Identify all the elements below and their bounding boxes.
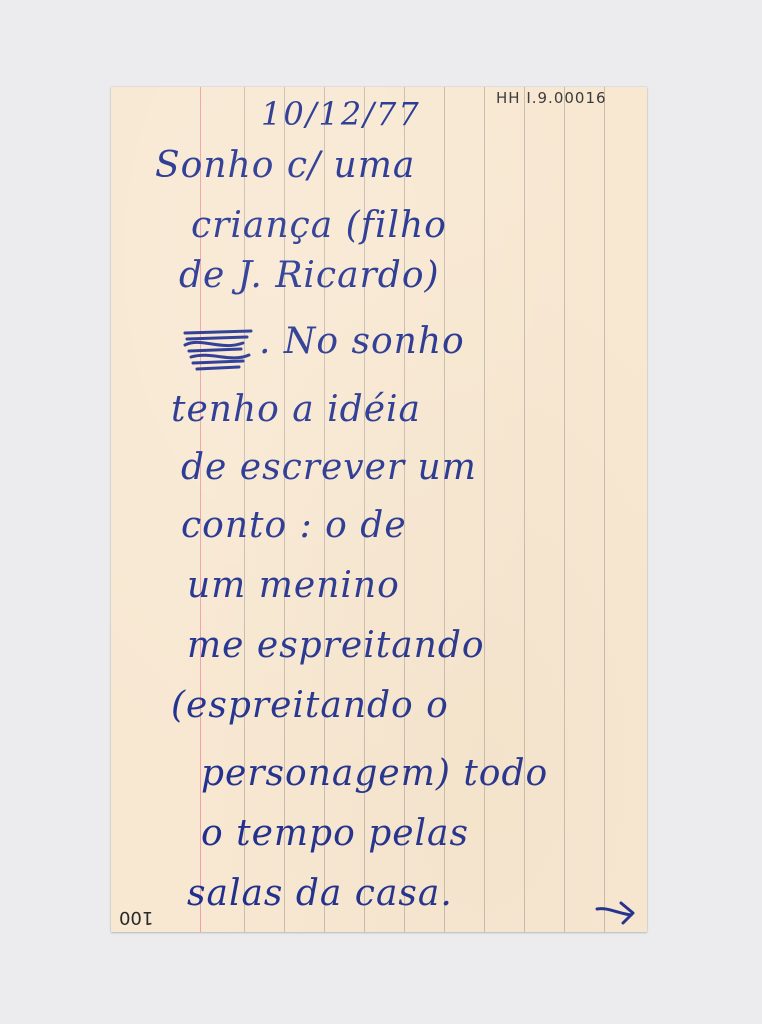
note-line-13: salas da casa. [187,873,453,914]
note-date: 10/12/77 [261,95,421,133]
note-line-6: de escrever um [181,447,477,488]
note-line-3: de J. Ricardo) [179,255,440,296]
rule-line [564,87,565,932]
note-line-10: (espreitando o [171,685,449,726]
note-line-4: . No sonho [259,321,465,362]
crossed-out-scribble-icon [181,325,261,375]
rule-line [524,87,525,932]
archive-id-stamp: HH I.9.00016 [496,89,607,107]
note-line-12: o tempo pelas [201,813,469,854]
index-card: HH I.9.00016 10/12/77 Sonho c/ uma crian… [111,87,647,932]
page-number: 100 [119,907,153,928]
note-line-8: um menino [187,565,400,606]
continuation-arrow-icon [595,897,639,927]
note-line-7: conto : o de [181,505,407,546]
rule-line [604,87,605,932]
note-line-5: tenho a idéia [171,389,421,430]
note-line-11: personagem) todo [201,753,548,794]
rule-line [484,87,485,932]
scanned-document: HH I.9.00016 10/12/77 Sonho c/ uma crian… [0,0,762,1024]
note-line-9: me espreitando [187,625,485,666]
note-line-2: criança (filho [191,205,447,246]
note-line-1: Sonho c/ uma [155,145,415,186]
